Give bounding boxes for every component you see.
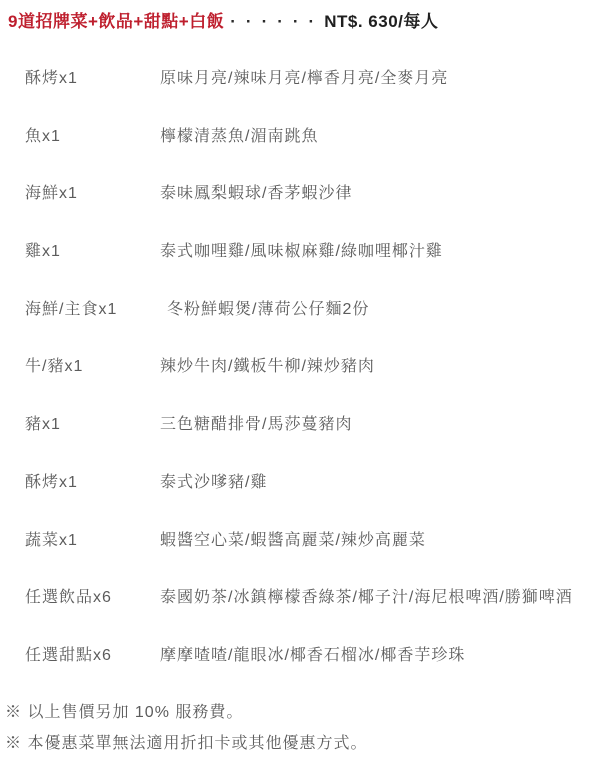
course-options: 泰味鳳梨蝦球/香茅蝦沙律 <box>160 183 610 204</box>
course-label: 任選甜點x6 <box>25 645 160 666</box>
footnotes: ※ 以上售價另加 10% 服務費。 ※ 本優惠菜單無法適用折扣卡或其他優惠方式。 <box>5 697 367 759</box>
menu-page: 9道招牌菜+飲品+甜點+白飯······NT$. 630/每人 酥烤x1 原味月… <box>0 0 614 768</box>
course-label: 酥烤x1 <box>25 472 160 493</box>
set-menu-title: 9道招牌菜+飲品+甜點+白飯 <box>8 12 224 31</box>
course-label: 蔬菜x1 <box>25 530 160 551</box>
course-label: 豬x1 <box>25 414 160 435</box>
menu-row: 魚x1 檸檬清蒸魚/湄南跳魚 <box>25 126 610 184</box>
course-label: 海鮮x1 <box>25 183 160 204</box>
course-options: 摩摩喳喳/龍眼冰/椰香石榴冰/椰香芋珍珠 <box>160 645 610 666</box>
course-options: 檸檬清蒸魚/湄南跳魚 <box>160 126 610 147</box>
course-label: 魚x1 <box>25 126 160 147</box>
course-options: 蝦醬空心菜/蝦醬高麗菜/辣炒高麗菜 <box>160 530 610 551</box>
menu-row: 豬x1 三色糖醋排骨/馬莎蔓豬肉 <box>25 414 610 472</box>
menu-table: 酥烤x1 原味月亮/辣味月亮/檸香月亮/全麥月亮 魚x1 檸檬清蒸魚/湄南跳魚 … <box>25 68 610 703</box>
menu-row: 任選飲品x6 泰國奶茶/冰鎮檸檬香綠茶/椰子汁/海尼根啤酒/勝獅啤酒 <box>25 587 610 645</box>
course-options: 三色糖醋排骨/馬莎蔓豬肉 <box>160 414 610 435</box>
set-menu-price: NT$. 630/每人 <box>324 12 438 31</box>
menu-row: 酥烤x1 泰式沙嗲豬/雞 <box>25 472 610 530</box>
menu-row: 酥烤x1 原味月亮/辣味月亮/檸香月亮/全麥月亮 <box>25 68 610 126</box>
course-options: 泰式咖哩雞/風味椒麻雞/綠咖哩椰汁雞 <box>160 241 610 262</box>
menu-row: 雞x1 泰式咖哩雞/風味椒麻雞/綠咖哩椰汁雞 <box>25 241 610 299</box>
course-label: 雞x1 <box>25 241 160 262</box>
course-options: 泰式沙嗲豬/雞 <box>160 472 610 493</box>
course-options: 原味月亮/辣味月亮/檸香月亮/全麥月亮 <box>160 68 610 89</box>
menu-row: 任選甜點x6 摩摩喳喳/龍眼冰/椰香石榴冰/椰香芋珍珠 <box>25 645 610 703</box>
course-label: 海鮮/主食x1 <box>25 299 160 320</box>
menu-row: 海鮮x1 泰味鳳梨蝦球/香茅蝦沙律 <box>25 183 610 241</box>
menu-row: 海鮮/主食x1 冬粉鮮蝦煲/薄荷公仔麵2份 <box>25 299 610 357</box>
title-leader-dots: ······ <box>230 12 324 31</box>
course-label: 牛/豬x1 <box>25 356 160 377</box>
course-options: 冬粉鮮蝦煲/薄荷公仔麵2份 <box>160 299 610 320</box>
page-title: 9道招牌菜+飲品+甜點+白飯······NT$. 630/每人 <box>8 10 438 33</box>
course-options: 泰國奶茶/冰鎮檸檬香綠茶/椰子汁/海尼根啤酒/勝獅啤酒 <box>160 587 610 608</box>
course-options: 辣炒牛肉/鐵板牛柳/辣炒豬肉 <box>160 356 610 377</box>
menu-row: 蔬菜x1 蝦醬空心菜/蝦醬高麗菜/辣炒高麗菜 <box>25 530 610 588</box>
course-label: 任選飲品x6 <box>25 587 160 608</box>
course-label: 酥烤x1 <box>25 68 160 89</box>
service-charge-note: ※ 以上售價另加 10% 服務費。 <box>5 697 367 728</box>
discount-exclusion-note: ※ 本優惠菜單無法適用折扣卡或其他優惠方式。 <box>5 728 367 759</box>
menu-row: 牛/豬x1 辣炒牛肉/鐵板牛柳/辣炒豬肉 <box>25 356 610 414</box>
